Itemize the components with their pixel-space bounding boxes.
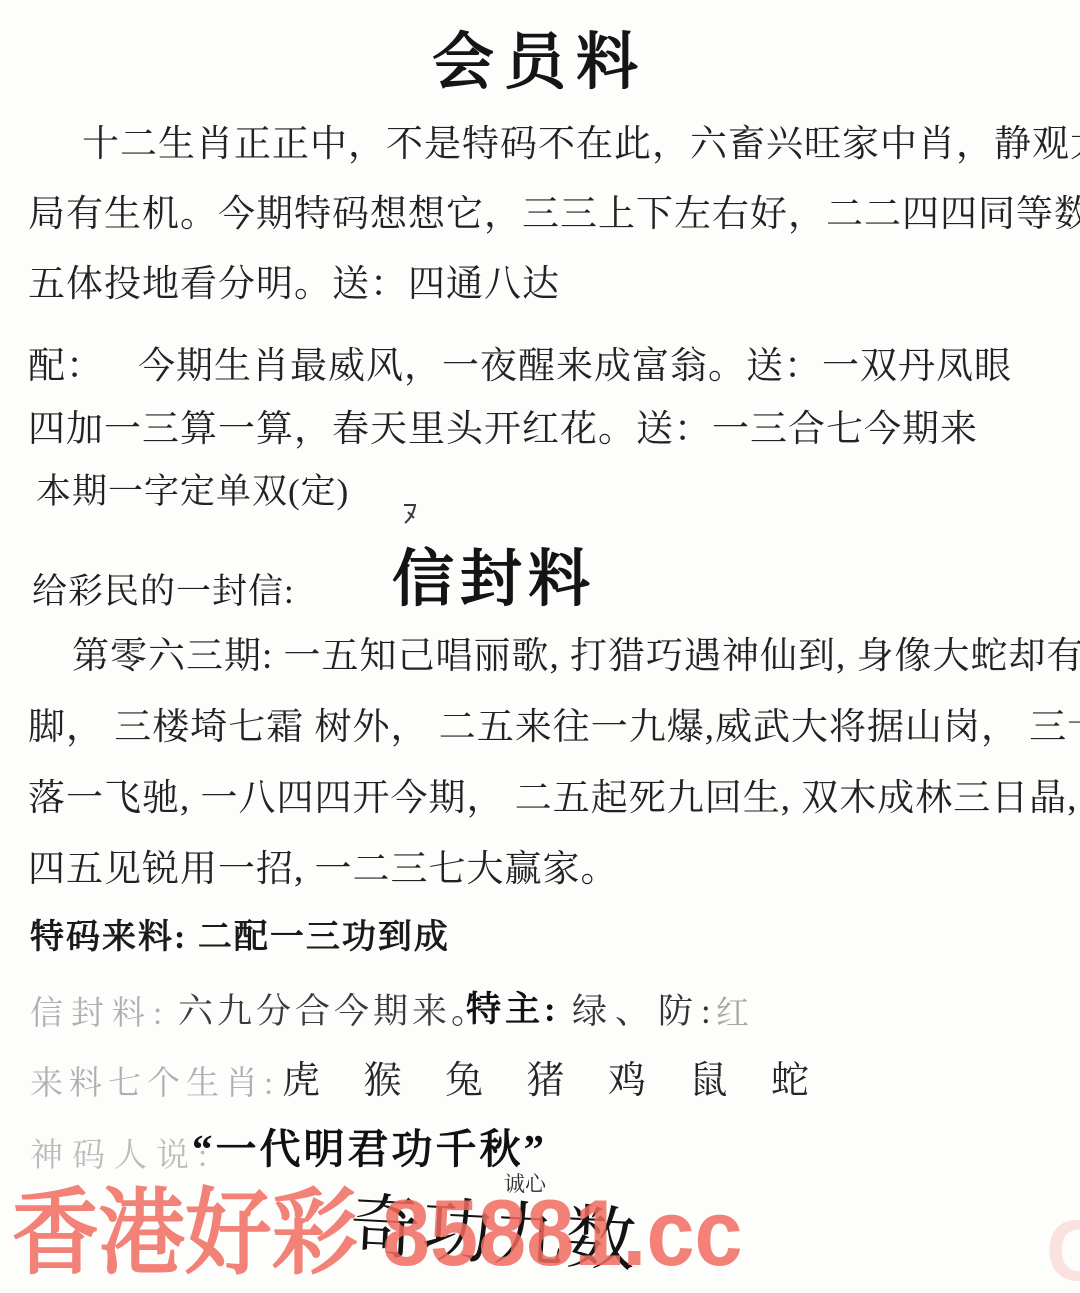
- xinfeng-text: 六九分合今期来。: [178, 992, 490, 1032]
- envelope-paragraph-line-4: 四五见锐用一招, 一二三七大赢家。: [28, 849, 619, 892]
- pei-label: 配：: [28, 346, 104, 387]
- benqi-line: 本期一字定单双(定): [36, 472, 349, 512]
- tezhu-faded-red: 红: [716, 996, 749, 1034]
- ink-mark-icon: [402, 502, 418, 526]
- envelope-paragraph-line-1: 第零六三期: 一五知己唱丽歌, 打猎巧遇神仙到, 身像大蛇却有: [72, 636, 1080, 679]
- shengxiao-list: 虎 猴 兔 猪 鸡 鼠 蛇: [282, 1060, 826, 1104]
- site-watermark: 香港好彩 85881.cc: [12, 1186, 743, 1280]
- sijia-line: 四加一三算一算，春天里头开红花。送：一三合七今期来: [28, 409, 978, 452]
- shengxiao-faded-label: 来料七个生肖:: [30, 1066, 279, 1104]
- envelope-paragraph-line-3: 落一飞驰, 一八四四开今期， 二五起死九回生, 双木成林三日晶,: [28, 778, 1078, 821]
- member-section-title: 会员料: [0, 28, 1080, 99]
- watermark-edge-fragment: C: [1046, 1202, 1080, 1293]
- member-paragraph-line-1: 十二生肖正正中，不是特码不在此，六畜兴旺家中肖，静观大: [82, 124, 1080, 167]
- tezhu-label: 特主:: [466, 990, 560, 1030]
- pei-text: 今期生肖最威风，一夜醒来成富翁。送：一双丹凤眼: [138, 346, 1012, 387]
- scanned-lottery-tip-sheet: 会员料 十二生肖正正中，不是特码不在此，六畜兴旺家中肖，静观大 局有生机。今期特…: [0, 0, 1080, 1293]
- shuo-faded-label: 神码人说:: [30, 1138, 216, 1176]
- pei-line: 配：今期生肖最威风，一夜醒来成富翁。送：一双丹凤眼: [28, 346, 1012, 389]
- shuo-quote: “一代明君功千秋”: [192, 1126, 547, 1173]
- tema-line: 特码来料: 二配一三功到成: [30, 918, 450, 957]
- envelope-section-title: 信封料: [392, 545, 596, 616]
- xinfeng-faded-label: 信封料:: [30, 996, 170, 1034]
- tezhu-colors-text: 绿、防:: [572, 992, 719, 1032]
- member-paragraph-line-3: 五体投地看分明。送：四通八达: [28, 264, 560, 307]
- envelope-paragraph-line-2: 脚， 三楼埼七霜 树外， 二五来往一九爆,威武大将据山岗， 三十四: [28, 707, 1080, 750]
- envelope-intro-line: 给彩民的一封信:: [32, 572, 295, 612]
- member-paragraph-line-2: 局有生机。今期特码想想它，三三上下左右好，二二四四同等数，: [28, 194, 1080, 237]
